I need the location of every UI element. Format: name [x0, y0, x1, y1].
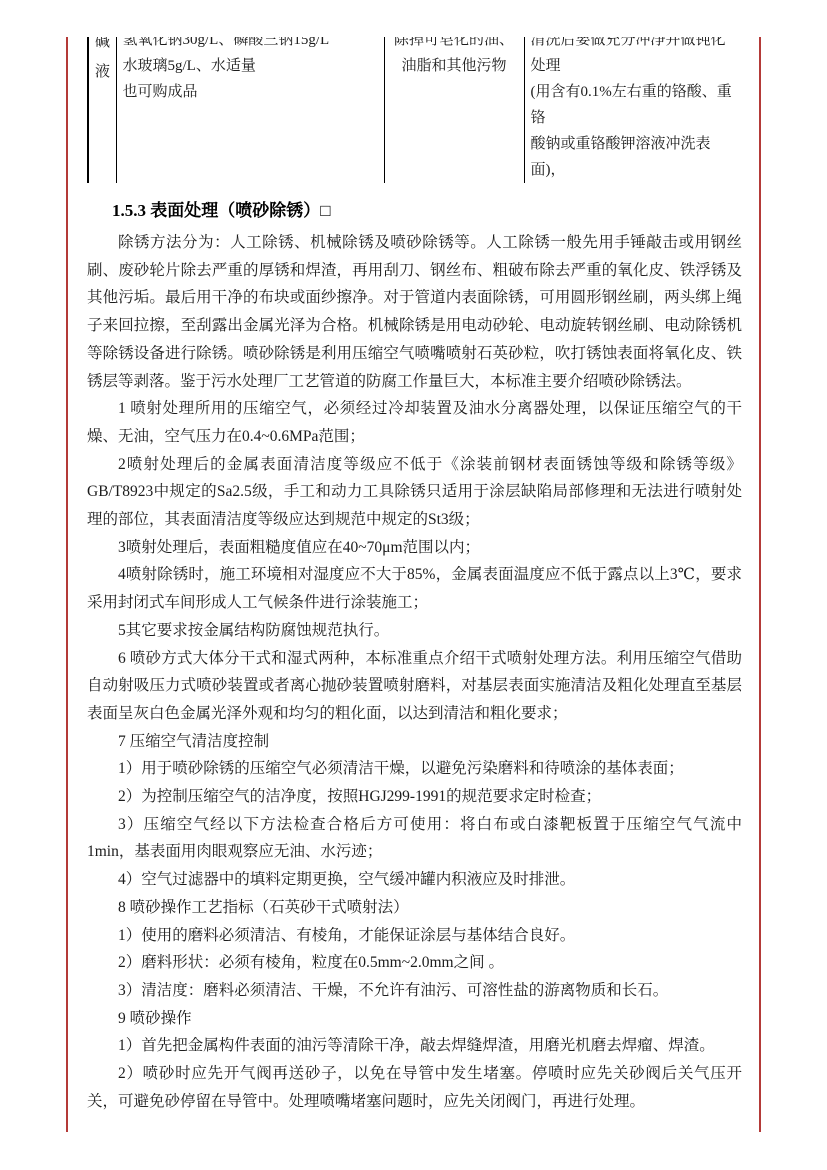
- body-paragraph: 5其它要求按金属结构防腐蚀规范执行。: [87, 617, 742, 645]
- body-paragraph: 2）喷砂时应先开气阀再送砂子，以免在导管中发生堵塞。停喷时应先关砂阀后关气压开关…: [87, 1060, 742, 1115]
- body-paragraph: 1）用于喷砂除锈的压缩空气必须清洁干燥，以避免污染磨料和待喷涂的基体表面；: [87, 755, 742, 783]
- body-paragraph: 4喷射除锈时，施工环境相对湿度应不大于85%，金属表面温度应不低于露点以上3℃，…: [87, 561, 742, 616]
- body-paragraph: 3）清洁度：磨料必须清洁、干燥，不允许有油污、可溶性盐的游离物质和长石。: [87, 977, 742, 1005]
- body-paragraph: 1）使用的磨料必须清洁、有棱角，才能保证涂层与基体结合良好。: [87, 922, 742, 950]
- body-paragraph: 1）首先把金属构件表面的油污等清除干净，敲去焊缝焊渣，用磨光机磨去焊瘤、焊渣。: [87, 1032, 742, 1060]
- body-paragraph: 2）磨料形状：必须有棱角，粒度在0.5mm~2.0mm之间 。: [87, 949, 742, 977]
- body-paragraph: 6 喷砂方式大体分干式和湿式两种，本标准重点介绍干式喷射处理方法。利用压缩空气借…: [87, 645, 742, 728]
- body-paragraphs: 除锈方法分为：人工除锈、机械除锈及喷砂除锈等。人工除锈一般先用手锤敲击或用钢丝刷…: [87, 229, 742, 1116]
- section-heading: 1.5.3 表面处理（喷砂除锈）□: [112, 197, 742, 225]
- cleaning-agents-table: 碱 液 氢氧化钠30g/L、磷酸三钠15g/L 水玻璃5g/L、水适量 也可购成…: [87, 37, 742, 183]
- cell-alkali-formula: 氢氧化钠30g/L、磷酸三钠15g/L 水玻璃5g/L、水适量 也可购成品: [116, 37, 384, 183]
- body-paragraph: 3）压缩空气经以下方法检查合格后方可使用：将白布或白漆靶板置于压缩空气气流中1m…: [87, 811, 742, 866]
- body-paragraph: 1 喷射处理所用的压缩空气，必须经过冷却装置及油水分离器处理，以保证压缩空气的干…: [87, 395, 742, 450]
- body-paragraph: 7 压缩空气清洁度控制: [87, 728, 742, 756]
- page-content: 碱 液 氢氧化钠30g/L、磷酸三钠15g/L 水玻璃5g/L、水适量 也可购成…: [87, 37, 742, 1116]
- cell-alkali-label: 碱 液: [88, 37, 116, 183]
- body-paragraph: 9 喷砂操作: [87, 1005, 742, 1033]
- right-margin-rule: [759, 37, 761, 1132]
- document-page: 碱 液 氢氧化钠30g/L、磷酸三钠15g/L 水玻璃5g/L、水适量 也可购成…: [0, 0, 827, 1170]
- left-margin-rule: [66, 37, 68, 1132]
- body-paragraph: 8 喷砂操作工艺指标（石英砂干式喷射法）: [87, 894, 742, 922]
- cell-alkali-note: 清洗后要做充分冲净并做钝化处理 (用含有0.1%左右重的铬酸、重铬 酸钠或重铬酸…: [524, 37, 742, 183]
- body-paragraph: 4）空气过滤器中的填料定期更换，空气缓冲罐内积液应及时排泄。: [87, 866, 742, 894]
- body-paragraph: 除锈方法分为：人工除锈、机械除锈及喷砂除锈等。人工除锈一般先用手锤敲击或用钢丝刷…: [87, 229, 742, 395]
- body-paragraph: 2喷射处理后的金属表面清洁度等级应不低于《涂装前钢材表面锈蚀等级和除锈等级》GB…: [87, 451, 742, 534]
- cell-alkali-target: 除掉可皂化的油、 油脂和其他污物: [384, 37, 524, 183]
- continued-table-clip: 碱 液 氢氧化钠30g/L、磷酸三钠15g/L 水玻璃5g/L、水适量 也可购成…: [87, 37, 742, 183]
- body-paragraph: 2）为控制压缩空气的洁净度，按照HGJ299-1991的规范要求定时检查；: [87, 783, 742, 811]
- table-row-alkali: 碱 液 氢氧化钠30g/L、磷酸三钠15g/L 水玻璃5g/L、水适量 也可购成…: [88, 37, 742, 183]
- body-paragraph: 3喷射处理后，表面粗糙度值应在40~70μm范围以内；: [87, 534, 742, 562]
